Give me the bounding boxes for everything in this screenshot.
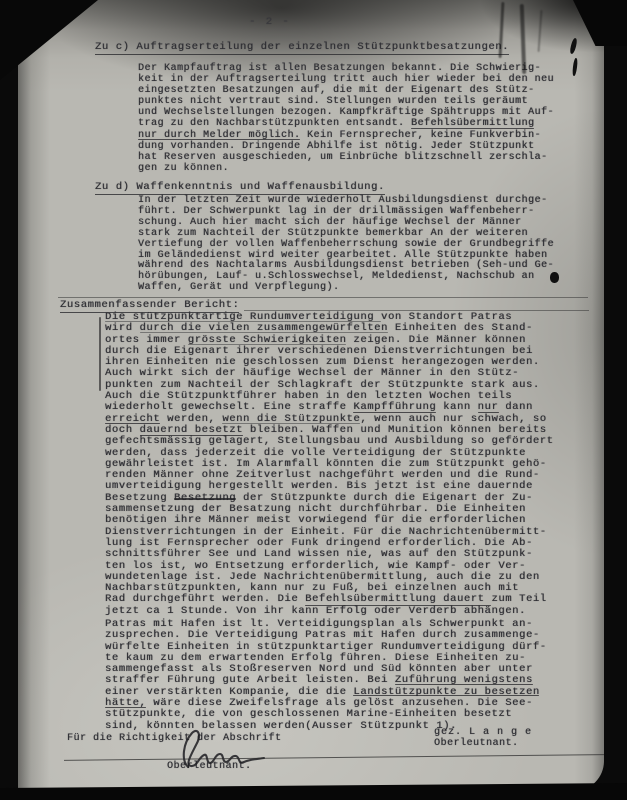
typed-line: und Wechselstellungen bezogen. Kampfkräf… <box>138 107 554 118</box>
section-c-heading: Zu c) Auftragserteilung der einzelnen St… <box>95 41 509 53</box>
typed-line: gen zu können. <box>138 163 554 174</box>
typed-line: stützpunkte, die von geschlossenen Marin… <box>105 709 547 720</box>
typed-line: jetzt ca 1 Stunde. Von ihr kann Erfolg o… <box>105 606 554 617</box>
page-number: - 2 - <box>249 16 291 28</box>
crease-line <box>58 297 588 298</box>
footer-rule <box>64 754 604 761</box>
typed-line: Waffen, Gerät und Verpflegung). <box>138 283 554 294</box>
document-page: - 2 - Zu c) Auftragserteilung der einzel… <box>18 0 604 791</box>
handwritten-signature <box>158 729 270 776</box>
typed-line: zusprechen. Die Verteidigung Patras mit … <box>105 630 547 641</box>
section-c-paragraph: Der Kampfauftrag ist allen Besatzungen b… <box>138 63 554 174</box>
ink-mark <box>550 272 559 283</box>
typed-line: keit in der Auftragserteilung tritt auch… <box>138 74 554 85</box>
margin-mark <box>99 317 101 391</box>
typed-line: gefechtsmässig gelagert, Stellungsbau un… <box>105 436 554 447</box>
typed-line: Der Kampfauftrag ist allen Besatzungen b… <box>138 63 554 74</box>
typed-line: Vertiefung der vollen Waffenbeherrschung… <box>138 240 554 251</box>
patras-paragraph: Patras mit Hafen ist lt. Verteidigungspl… <box>105 619 547 732</box>
typed-line: punktes nicht vertraut sind. Stellungen … <box>138 96 554 107</box>
typed-line: stark zum Nachteil der Stützpunkte bemer… <box>138 229 554 240</box>
section-d-heading: Zu d) Waffenkenntnis und Waffenausbildun… <box>95 181 385 193</box>
strikethrough-mark <box>174 498 236 500</box>
ink-mark <box>569 38 578 55</box>
section-d-paragraph: In der letzten Zeit wurde wiederholt Aus… <box>138 196 554 294</box>
scanned-document: - 2 - Zu c) Auftragserteilung der einzel… <box>0 0 627 800</box>
typed-line: benötigen ihre Männer meist vorwiegend f… <box>105 515 554 526</box>
scan-bottom-fill <box>0 794 627 800</box>
summary-paragraph: Die stützpunktartige Rundumverteidigung … <box>105 312 554 617</box>
signed-by-line: gez. L a n g e <box>434 727 532 738</box>
typed-line: hat Reserven ausgeschieden, um Einbrüche… <box>138 152 554 163</box>
signed-rank: Oberleutnant. <box>434 738 519 749</box>
ink-mark <box>572 58 578 76</box>
typed-line: schnittsführer See und Land wissen nie, … <box>105 549 554 560</box>
typed-line: eingesetzten Besatzungen auf, die mit de… <box>138 85 554 96</box>
typed-line: dung vorhanden. Dringende Abhilfe ist nö… <box>138 141 554 152</box>
crease-line <box>244 310 589 311</box>
summary-heading: Zusammenfassender Bericht: <box>60 299 239 311</box>
